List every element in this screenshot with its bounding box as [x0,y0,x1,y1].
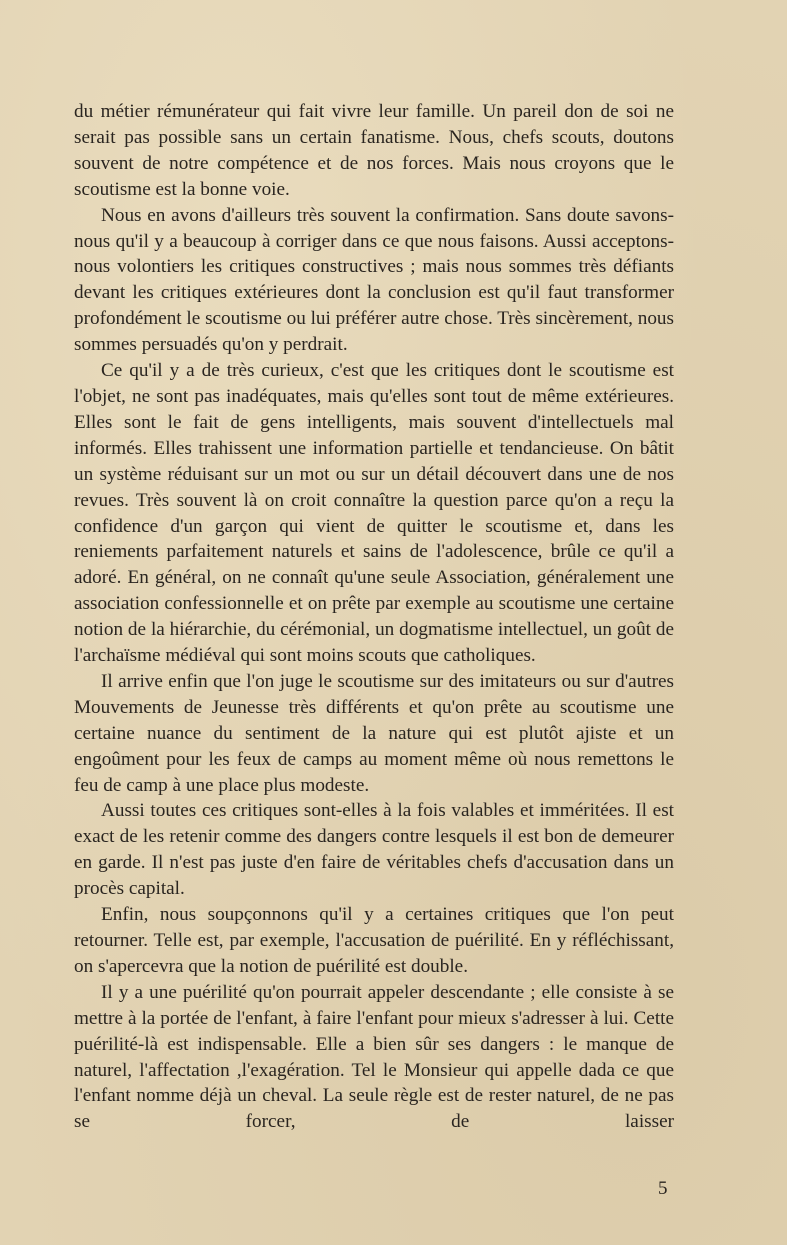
book-page: du métier rémunérateur qui fait vivre le… [0,0,787,1245]
paragraph-puerility-accusation: Enfin, nous soupçonnons qu'il y a certai… [74,902,674,980]
paragraph-confirmation: Nous en avons d'ailleurs très souvent la… [74,203,674,358]
paragraph-external-critiques: Ce qu'il y a de très curieux, c'est que … [74,358,674,669]
paragraph-imitators: Il arrive enfin que l'on juge le scoutis… [74,669,674,799]
body-text: du métier rémunérateur qui fait vivre le… [74,99,674,1135]
paragraph-descending-puerility: Il y a une puérilité qu'on pourrait appe… [74,980,674,1135]
paragraph-continuation: du métier rémunérateur qui fait vivre le… [74,99,674,203]
page-number: 5 [658,1178,668,1200]
paragraph-valid-undeserved: Aussi toutes ces critiques sont-elles à … [74,798,674,902]
